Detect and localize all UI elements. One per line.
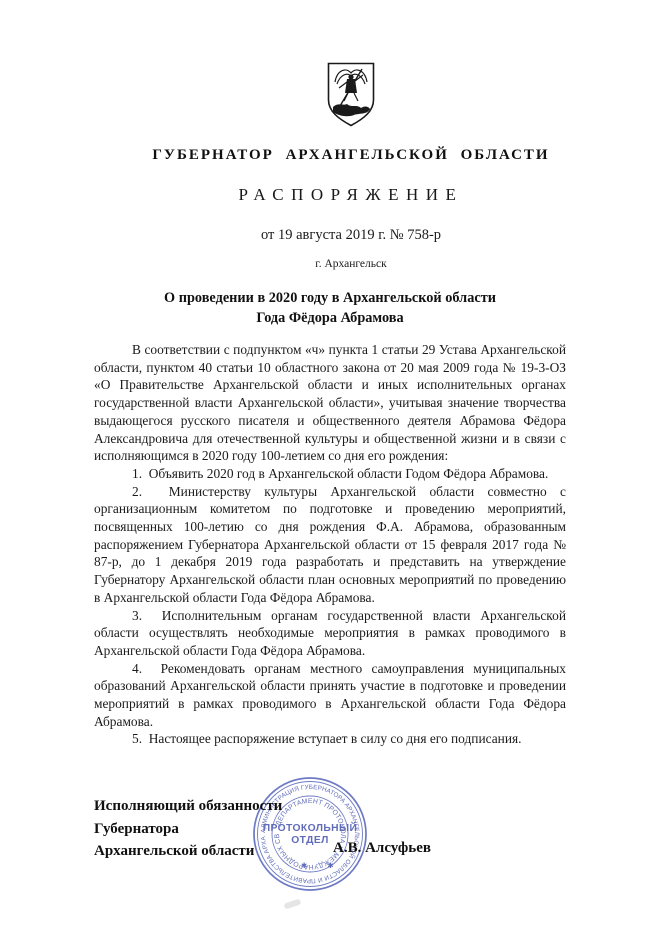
signature-name: А.В. Алсуфьев: [333, 840, 431, 857]
place-line: г. Архангельск: [22, 258, 658, 270]
body-paragraph: 5. Настоящее распоряжение вступает в сил…: [94, 730, 566, 748]
body-paragraph: В соответствии с подпунктом «ч» пункта 1…: [94, 341, 566, 465]
document-type-title: РАСПОРЯЖЕНИЕ: [22, 185, 658, 205]
body-paragraph: 4. Рекомендовать органам местного самоуп…: [94, 660, 566, 731]
stamp-inner-border: [272, 796, 348, 872]
date-number-line: от 19 августа 2019 г. № 758-р: [22, 227, 658, 244]
scan-artifact: [283, 899, 301, 910]
subject-line-1: О проведении в 2020 году в Архангельской…: [94, 288, 566, 308]
document-body: В соответствии с подпунктом «ч» пункта 1…: [94, 341, 566, 748]
figure-body: [345, 79, 357, 93]
signature-position-line: Исполняющий обязанности: [94, 795, 282, 818]
body-paragraph: 2. Министерству культуры Архангельской о…: [94, 483, 566, 607]
signature-position-line: Губернатора: [94, 818, 282, 841]
body-paragraph: 3. Исполнительным органам государственно…: [94, 607, 566, 660]
signature-position: Исполняющий обязанности Губернатора Арха…: [94, 795, 282, 863]
figure-head: [348, 74, 353, 79]
coat-of-arms-icon: [326, 62, 376, 128]
subject-line-2: Года Фёдора Абрамова: [94, 308, 566, 328]
stamp-center-line-2: ОТДЕЛ: [291, 835, 328, 846]
subject-title: О проведении в 2020 году в Архангельской…: [94, 288, 566, 328]
signature-position-line: Архангельской области: [94, 840, 282, 863]
body-paragraph: 1. Объявить 2020 год в Архангельской обл…: [94, 465, 566, 483]
authority-line: ГУБЕРНАТОР АРХАНГЕЛЬСКОЙ ОБЛАСТИ: [22, 147, 658, 164]
document-page: ГУБЕРНАТОР АРХАНГЕЛЬСКОЙ ОБЛАСТИ РАСПОРЯ…: [0, 0, 658, 930]
stamp-star-separators: ✱ ✱: [301, 861, 343, 870]
